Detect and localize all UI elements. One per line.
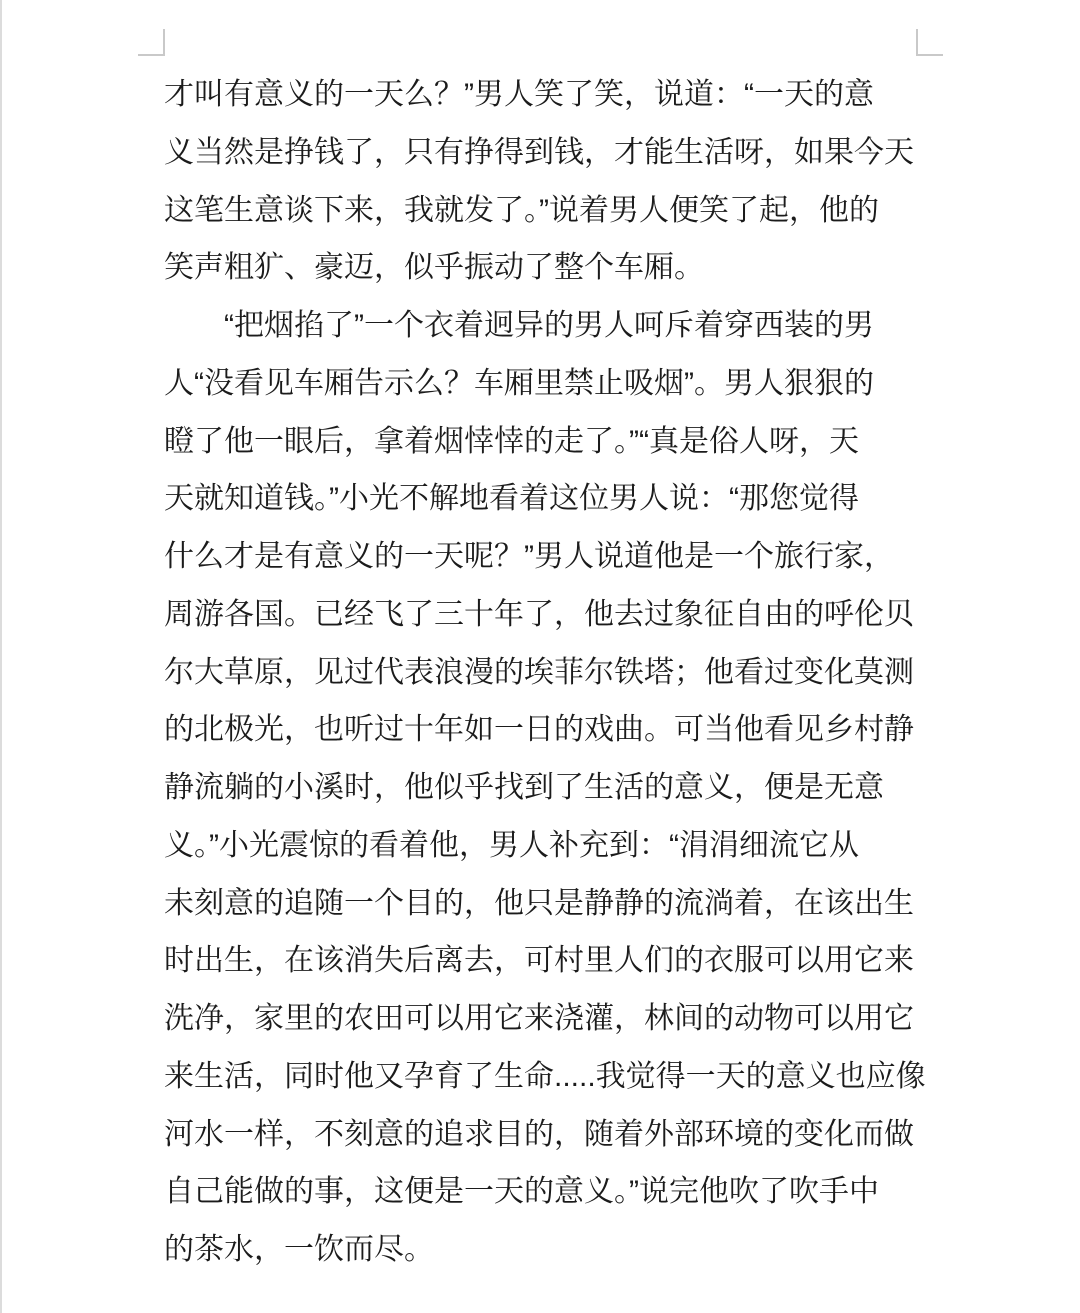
- text-line: 来生活，同时他又孕育了生命.....我觉得一天的意义也应像: [164, 1048, 944, 1106]
- text-line: 才叫有意义的一天么？”男人笑了笑，说道：“一天的意: [164, 66, 944, 124]
- text-line: 人“没看见车厢告示么？车厢里禁止吸烟”。男人狠狠的: [164, 355, 944, 413]
- text-line: 河水一样，不刻意的追求目的，随着外部环境的变化而做: [164, 1106, 944, 1164]
- text-line: 的茶水，一饮而尽。: [164, 1221, 944, 1279]
- text-line: “把烟掐了”一个衣着迥异的男人呵斥着穿西装的男: [164, 297, 944, 355]
- text-line: 义当然是挣钱了，只有挣得到钱，才能生活呀，如果今天: [164, 124, 944, 182]
- text-line: 义。”小光震惊的看着他，男人补充到：“涓涓细流它从: [164, 817, 944, 875]
- text-line: 尔大草原，见过代表浪漫的埃菲尔铁塔；他看过变化莫测: [164, 644, 944, 702]
- text-line: 洗净，家里的农田可以用它来浇灌，林间的动物可以用它: [164, 990, 944, 1048]
- text-line: 笑声粗犷、豪迈，似乎振动了整个车厢。: [164, 239, 944, 297]
- text-line: 瞪了他一眼后，拿着烟悻悻的走了。”“真是俗人呀，天: [164, 413, 944, 471]
- text-line: 天就知道钱。”小光不解地看着这位男人说：“那您觉得: [164, 470, 944, 528]
- text-line: 这笔生意谈下来，我就发了。”说着男人便笑了起，他的: [164, 182, 944, 240]
- page-edge-line: [0, 0, 2, 1313]
- text-line: 自己能做的事，这便是一天的意义。”说完他吹了吹手中: [164, 1163, 944, 1221]
- text-line: 静流躺的小溪时，他似乎找到了生活的意义，便是无意: [164, 759, 944, 817]
- paragraph: 才叫有意义的一天么？”男人笑了笑，说道：“一天的意 义当然是挣钱了，只有挣得到钱…: [164, 66, 944, 297]
- text-boundary-mark-top-right: [916, 29, 943, 56]
- text-line: 时出生，在该消失后离去，可村里人们的衣服可以用它来: [164, 932, 944, 990]
- text-line: 的北极光，也听过十年如一日的戏曲。可当他看见乡村静: [164, 701, 944, 759]
- document-page: 才叫有意义的一天么？”男人笑了笑，说道：“一天的意 义当然是挣钱了，只有挣得到钱…: [0, 0, 1080, 1313]
- paragraph: “把烟掐了”一个衣着迥异的男人呵斥着穿西装的男 人“没看见车厢告示么？车厢里禁止…: [164, 297, 944, 1279]
- text-block: 才叫有意义的一天么？”男人笑了笑，说道：“一天的意 义当然是挣钱了，只有挣得到钱…: [164, 66, 944, 1279]
- text-line: 周游各国。已经飞了三十年了，他去过象征自由的呼伦贝: [164, 586, 944, 644]
- text-boundary-mark-top-left: [138, 29, 165, 56]
- text-line: 未刻意的追随一个目的，他只是静静的流淌着，在该出生: [164, 875, 944, 933]
- text-line: 什么才是有意义的一天呢？”男人说道他是一个旅行家，: [164, 528, 944, 586]
